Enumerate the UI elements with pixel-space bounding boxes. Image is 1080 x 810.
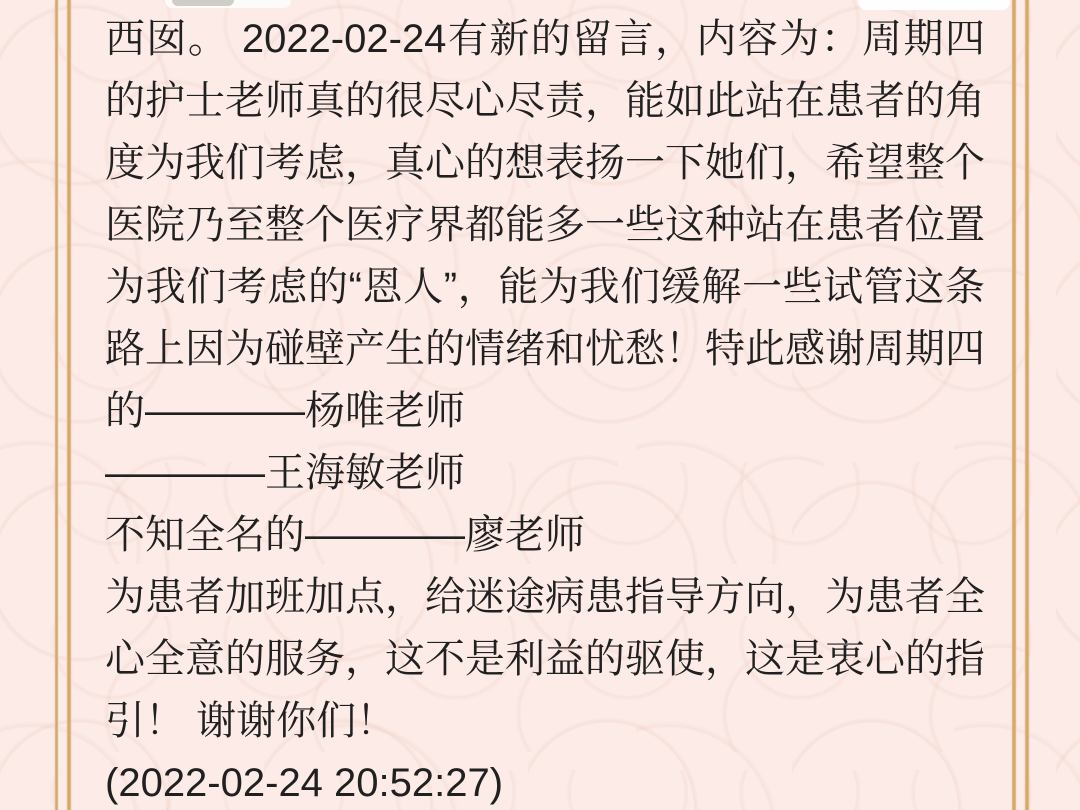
text-line: 为患者加班加点，给迷途病患指导方向，为患者全 bbox=[105, 566, 985, 628]
text-line: 的护士老师真的很尽心尽责，能如此站在患者的角 bbox=[105, 70, 985, 132]
text-line: 医院乃至整个医疗界都能多一些这种站在患者位置 bbox=[105, 194, 985, 256]
message-screenshot: 西囡。 2022-02-24有新的留言，内容为：周期四 的护士老师真的很尽心尽责… bbox=[0, 0, 1080, 810]
gold-border-line-right-inner bbox=[1012, 0, 1016, 810]
text-line: 西囡。 2022-02-24有新的留言，内容为：周期四 bbox=[105, 8, 985, 70]
text-line: 度为我们考虑，真心的想表扬一下她们，希望整个 bbox=[105, 132, 985, 194]
text-line: 为我们考虑的“恩人”，能为我们缓解一些试管这条 bbox=[105, 256, 985, 318]
gold-border-line-left-outer bbox=[55, 0, 58, 810]
message-body: 西囡。 2022-02-24有新的留言，内容为：周期四 的护士老师真的很尽心尽责… bbox=[105, 8, 985, 810]
gold-border-line-left-inner bbox=[67, 0, 71, 810]
timestamp-line: (2022-02-24 20:52:27) bbox=[105, 752, 985, 810]
text-line: 心全意的服务，这不是利益的驱使，这是衷心的指 bbox=[105, 628, 985, 690]
text-line-teacher-yangwei: 的————杨唯老师 bbox=[105, 380, 985, 442]
gold-border-line-right-outer bbox=[1025, 0, 1029, 810]
text-line: 路上因为碰壁产生的情绪和忧愁！特此感谢周期四 bbox=[105, 318, 985, 380]
text-line-closing: 引！ 谢谢你们！ bbox=[105, 690, 985, 752]
cutoff-element-top-left-shadow bbox=[172, 0, 234, 6]
text-line-teacher-liao: 不知全名的————廖老师 bbox=[105, 504, 985, 566]
text-line-teacher-wanghaimin: ————王海敏老师 bbox=[105, 442, 985, 504]
